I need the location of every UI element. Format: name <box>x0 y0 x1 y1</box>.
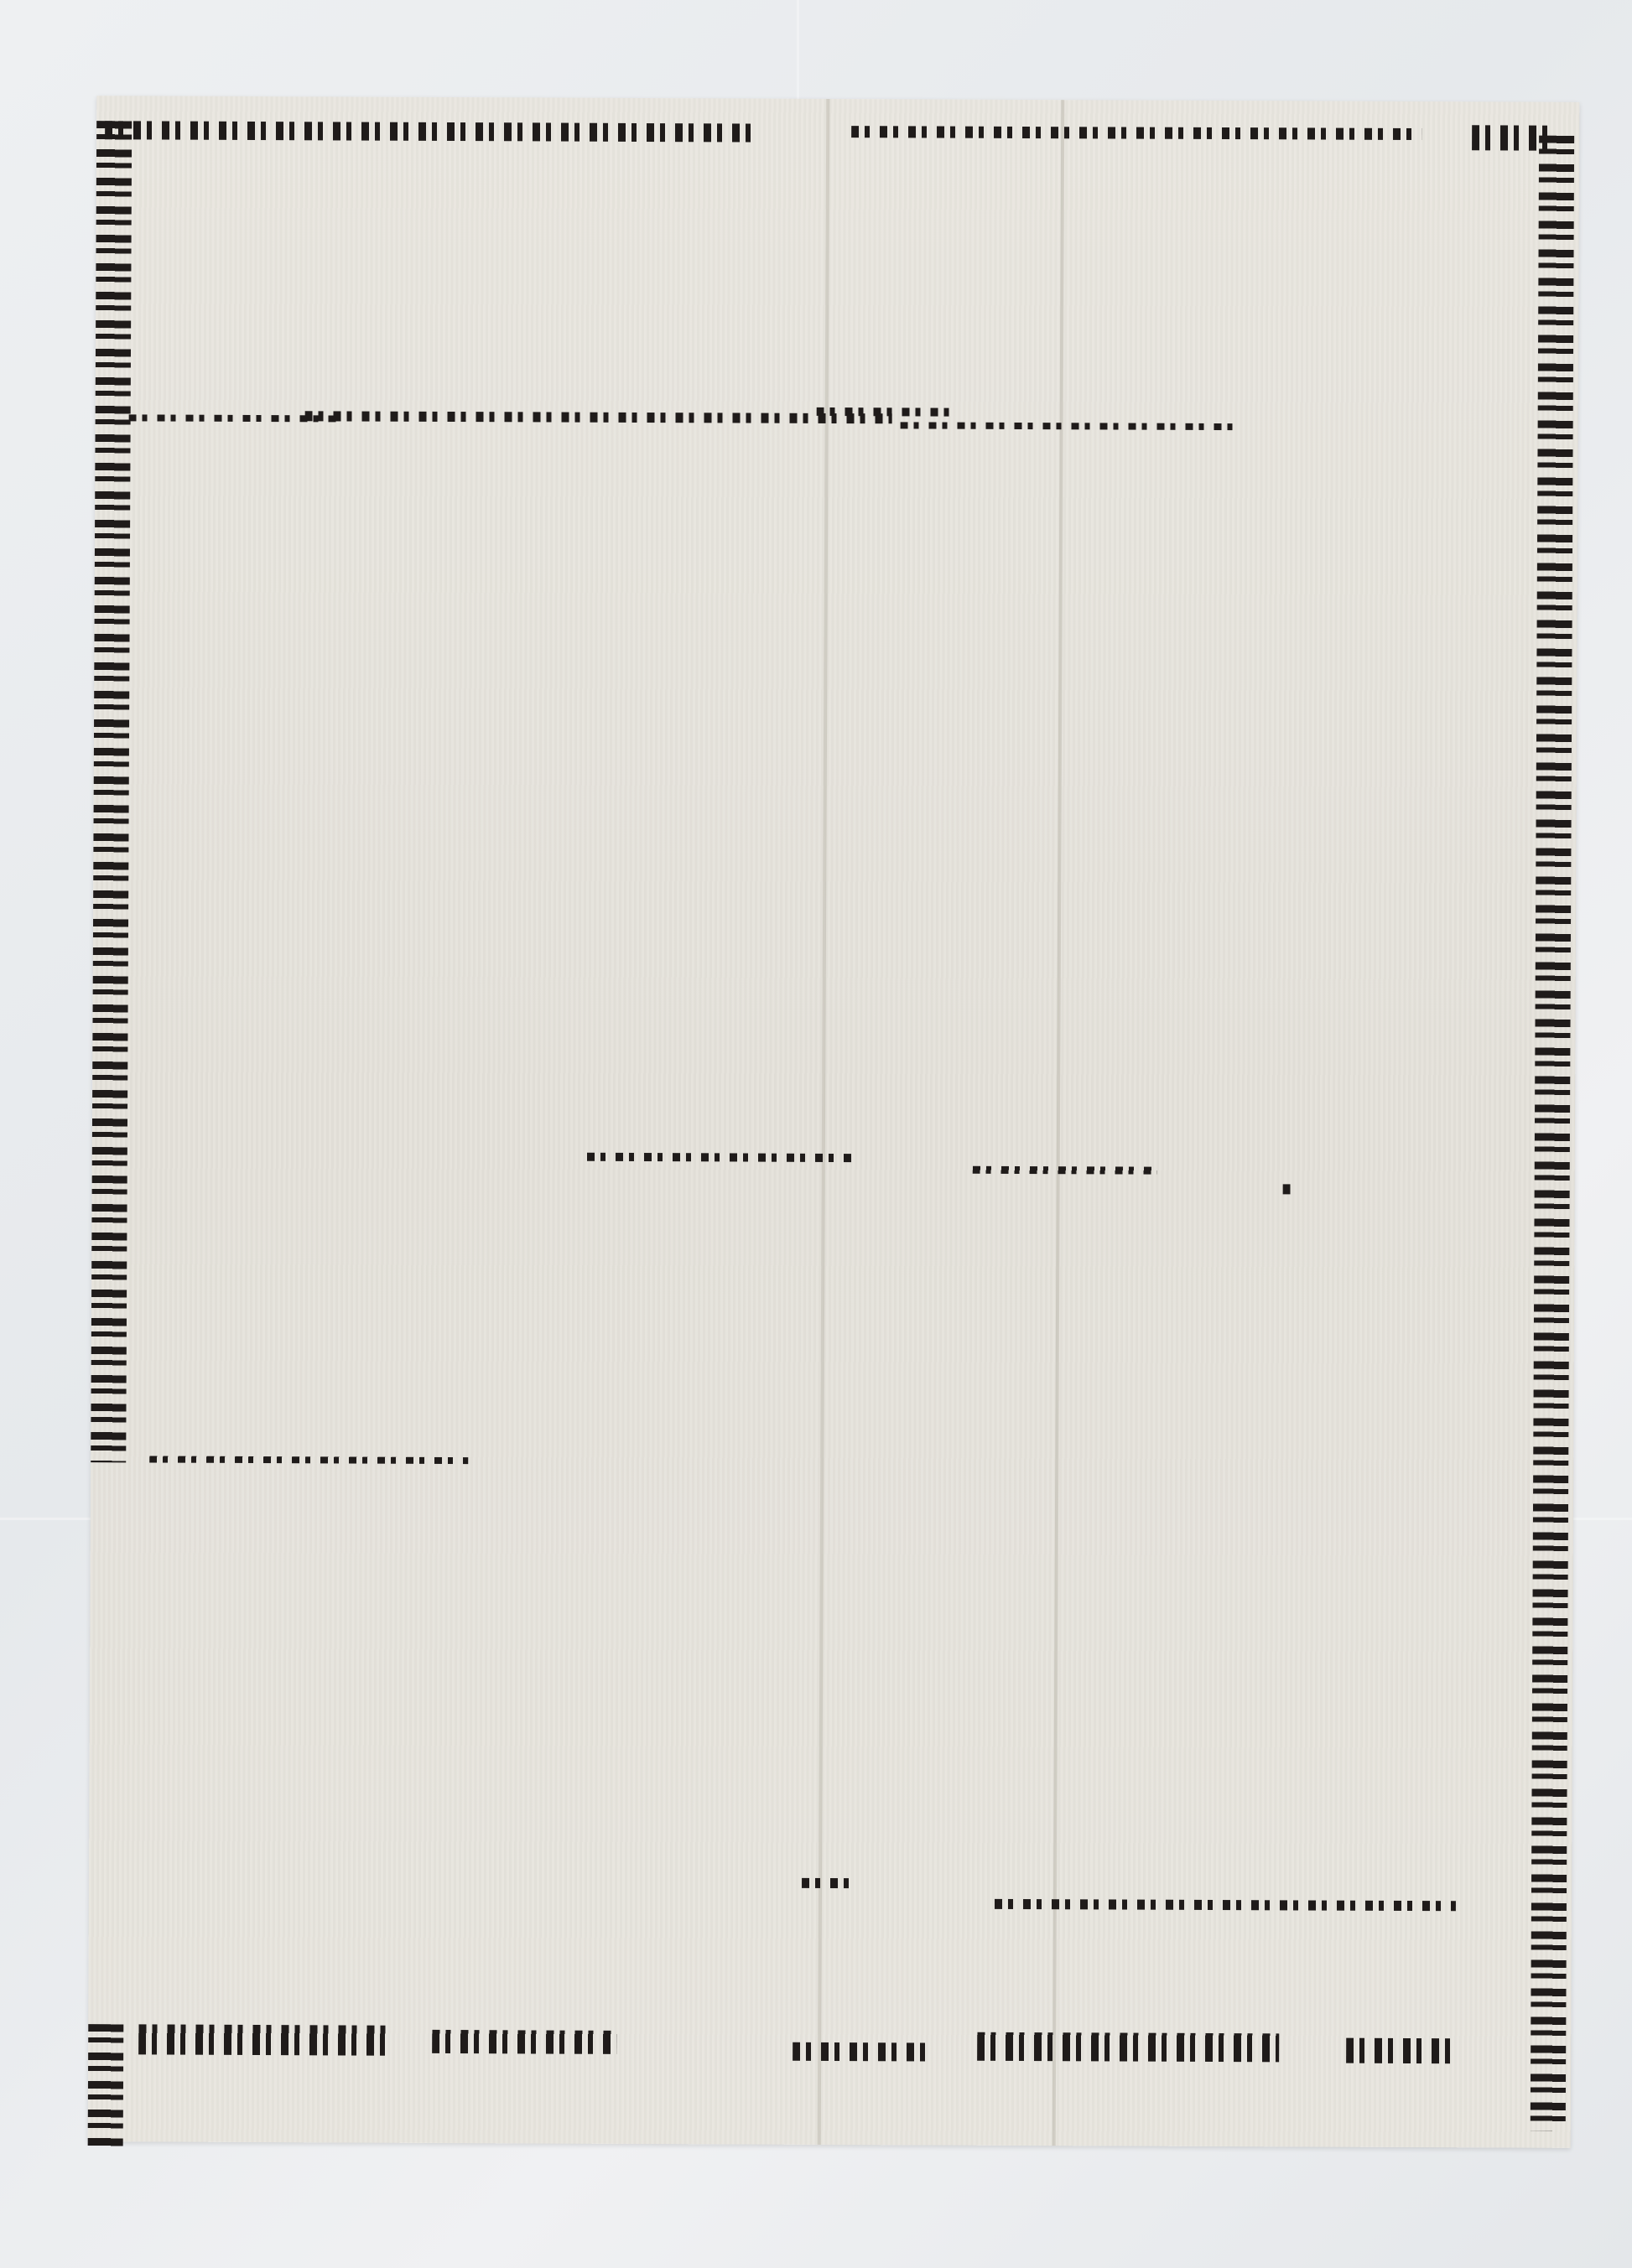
rug-pattern-mark <box>1531 136 1574 2131</box>
rug-pattern-mark <box>91 121 132 1462</box>
rug-pattern-mark <box>851 126 1422 140</box>
rug <box>88 96 1580 2148</box>
rug-pattern-mark <box>802 1878 852 1888</box>
rug-pattern-mark <box>149 1456 468 1464</box>
rug-pattern-mark <box>817 407 951 417</box>
rug-pattern-mark <box>973 1166 1157 1175</box>
rug-pattern-mark <box>105 121 759 142</box>
rug-pattern-mark <box>995 1899 1456 1911</box>
rug-pattern-mark <box>1283 1184 1293 1194</box>
rug-pattern-mark <box>305 411 892 423</box>
rug-seam <box>1052 100 1065 2146</box>
rug-pattern-mark <box>138 2024 390 2055</box>
rug-seam <box>818 99 830 2145</box>
rug-pattern-mark <box>587 1153 855 1162</box>
rug-pattern-mark <box>901 422 1236 430</box>
rug-pattern-mark <box>1346 2038 1455 2064</box>
rug-pattern-mark <box>793 2042 927 2062</box>
sheet-fold <box>797 0 799 101</box>
rug-pattern-mark <box>88 2024 124 2150</box>
rug-pattern-mark <box>432 2030 616 2054</box>
rug-pattern-mark <box>977 2032 1279 2063</box>
